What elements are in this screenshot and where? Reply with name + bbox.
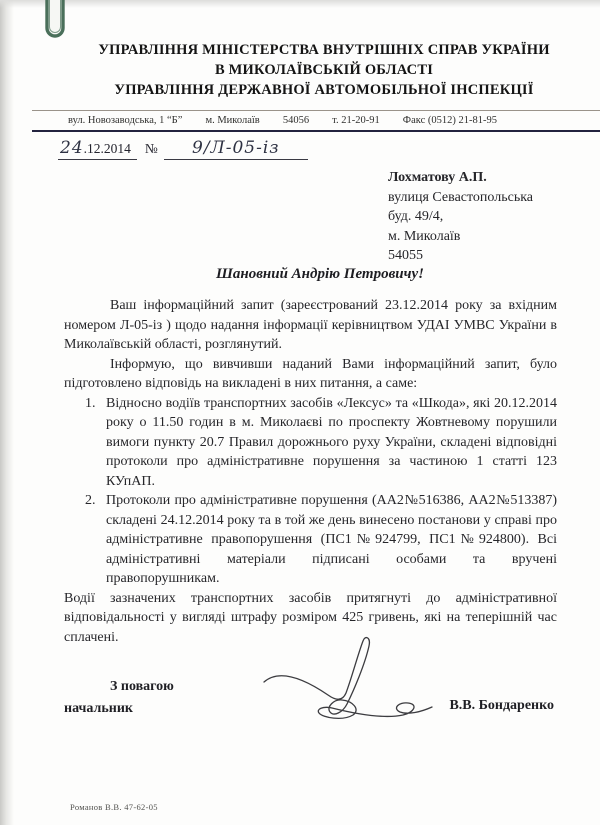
reference-number-sign: № xyxy=(145,141,158,157)
closing-position: начальник xyxy=(64,698,174,720)
recipient-street: вулиця Севастопольська xyxy=(388,188,533,208)
scan-edge-top xyxy=(0,0,600,8)
list-item-text: Відносно водіїв транспортних засобів «Ле… xyxy=(106,394,557,492)
address-fax: Факс (0512) 21-81-95 xyxy=(403,115,497,126)
recipient-name: Лохматову А.П. xyxy=(388,168,533,188)
address-street: вул. Новозаводська, 1 “Б” xyxy=(68,115,182,126)
scanned-letter-page: УПРАВЛІННЯ МІНІСТЕРСТВА ВНУТРІШНІХ СПРАВ… xyxy=(0,0,600,825)
list-item-text: Протоколи про адміністративне порушення … xyxy=(106,491,557,589)
list-item: 1. Відносно водіїв транспортних засобів … xyxy=(85,394,557,492)
salutation: Шановний Андрію Петровичу! xyxy=(0,266,600,283)
address-phone: т. 21-20-91 xyxy=(332,115,380,126)
letterhead-line3: УПРАВЛІННЯ ДЕРЖАВНОЇ АВТОМОБІЛЬНОЇ ІНСПЕ… xyxy=(48,80,600,100)
list-item-number: 1. xyxy=(85,394,106,492)
executor-footer: Романов В.В. 47-62-05 xyxy=(70,802,158,812)
list-item-number: 2. xyxy=(85,491,106,589)
reference-line: 24.12.2014 № 9/Л-05-із xyxy=(58,138,308,160)
closing-regards: З повагою xyxy=(64,676,174,698)
recipient-zip: 54055 xyxy=(388,246,533,266)
paragraph-1: Ваш інформаційний запит (зареєстрований … xyxy=(64,296,557,355)
recipient-building: буд. 49/4, xyxy=(388,207,533,227)
list-item: 2. Протоколи про адміністративне порушен… xyxy=(85,491,557,589)
letterhead: УПРАВЛІННЯ МІНІСТЕРСТВА ВНУТРІШНІХ СПРАВ… xyxy=(0,40,600,100)
recipient-city: м. Миколаїв xyxy=(388,227,533,247)
closing-block: З повагою начальник xyxy=(64,676,174,720)
address-rule-bar: вул. Новозаводська, 1 “Б” м. Миколаїв 54… xyxy=(32,110,600,132)
address-city: м. Миколаїв xyxy=(205,115,259,126)
numbered-list: 1. Відносно водіїв транспортних засобів … xyxy=(85,394,557,589)
letter-body: Ваш інформаційний запит (зареєстрований … xyxy=(64,296,557,647)
handwritten-signature xyxy=(260,634,438,726)
scan-edge-left xyxy=(0,0,14,825)
recipient-block: Лохматову А.П. вулиця Севастопольська бу… xyxy=(388,168,533,266)
address-zip: 54056 xyxy=(283,115,309,126)
reference-date: 24.12.2014 xyxy=(58,138,137,160)
reference-number-handwritten: 9/Л-05-із xyxy=(164,138,308,160)
signer-name: В.В. Бондаренко xyxy=(449,698,554,714)
reference-date-printed: .12.2014 xyxy=(84,141,131,156)
letterhead-line2: В МИКОЛАЇВСЬКІЙ ОБЛАСТІ xyxy=(48,60,600,80)
reference-date-day-handwritten: 24 xyxy=(60,138,84,158)
paragraph-2: Інформую, що вивчивши наданий Вами інфор… xyxy=(64,355,557,394)
letterhead-line1: УПРАВЛІННЯ МІНІСТЕРСТВА ВНУТРІШНІХ СПРАВ… xyxy=(48,40,600,60)
address-row: вул. Новозаводська, 1 “Б” м. Миколаїв 54… xyxy=(32,111,600,130)
